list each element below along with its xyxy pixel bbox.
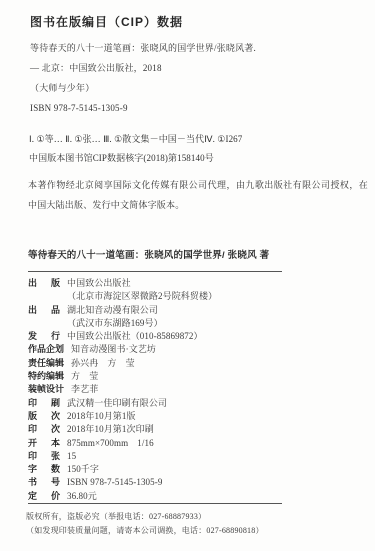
publication-info-list: 出版 中国致公出版社 （北京市海淀区翠微路2号院科贸楼） 出品 湖北知音动漫有限… <box>28 277 365 503</box>
publication-row-value: （北京市海淀区翠微路2号院科贸楼） <box>67 290 217 303</box>
publication-row: 责任编辑 孙兴冉 方 莹 <box>28 357 365 370</box>
publication-row-value: 36.80元 <box>67 490 97 503</box>
book-title-line: 等待春天的八十一道笔画：张晓风的国学世界/ 张晓风 著 <box>28 247 269 261</box>
publication-row-label: 责任编辑 <box>28 357 64 370</box>
copyright-page: 图书在版编目（CIP）数据 等待春天的八十一道笔画：张晓风的国学世界/张晓风著.… <box>0 0 375 551</box>
publication-row-label: 作品企划 <box>28 343 64 356</box>
divider-rule-bottom <box>28 503 282 504</box>
classification-line: Ⅰ. ①等… Ⅱ. ①张… Ⅲ. ①散文集－中国－当代Ⅳ. ①I267 <box>29 130 357 149</box>
publication-row: 印张 15 <box>28 450 365 463</box>
publication-row-value: （武汉市东湖路169号） <box>67 317 163 330</box>
publication-row: 作品企划 知音动漫图书·文艺坊 <box>28 343 365 356</box>
publication-row-value: 2018年10月第1次印刷 <box>67 423 154 436</box>
publication-row: （北京市海淀区翠微路2号院科贸楼） <box>28 290 365 303</box>
footer-block: 版权所有，盗版必究（举报电话：027-68887933） （如发现印装质量问题，… <box>26 510 361 537</box>
publication-row-value: 中国致公出版社（010-85869872） <box>67 330 203 343</box>
license-note: 本著作物经北京阅享国际文化传媒有限公司代理，由九歌出版社有限公司授权，在中国大陆… <box>28 176 368 215</box>
publication-row-value: 方 莹 <box>71 370 98 383</box>
publication-row-label: 印张 <box>28 450 60 463</box>
publication-row-value: ISBN 978-7-5145-1305-9 <box>67 476 162 489</box>
cip-entry-line: — 北京：中国致公出版社，2018 <box>30 58 357 78</box>
publication-row-label: 书号 <box>28 476 60 489</box>
publication-row: 出品 湖北知音动漫有限公司 <box>28 304 365 317</box>
publication-row-label: 定价 <box>28 490 60 503</box>
publication-row-label: 开本 <box>28 437 60 450</box>
publication-row-label: 版次 <box>28 410 60 423</box>
publication-row-value: 2018年10月第1版 <box>67 410 136 423</box>
publication-row: 印次 2018年10月第1次印刷 <box>28 423 365 436</box>
publication-row-value: 15 <box>67 450 76 463</box>
publication-row-label: 出版 <box>28 277 60 290</box>
publication-row: 开本 875mm×700mm 1/16 <box>28 437 365 450</box>
publication-row: 定价 36.80元 <box>28 490 365 503</box>
cip-header: 图书在版编目（CIP）数据 <box>30 13 183 30</box>
publication-row: 装帧设计 李艺菲 <box>28 383 365 396</box>
publication-row: （武汉市东湖路169号） <box>28 317 365 330</box>
publication-row: 印刷 武汉精一佳印刷有限公司 <box>28 397 365 410</box>
publication-row-value: 武汉精一佳印刷有限公司 <box>67 397 167 410</box>
cip-record-number: 中国版本图书馆CIP数据核字(2018)第158140号 <box>29 149 357 168</box>
publication-row-label: 发行 <box>28 330 60 343</box>
publication-row-value: 中国致公出版社 <box>67 277 131 290</box>
publication-row-value: 李艺菲 <box>71 383 98 396</box>
publication-row-label: 印次 <box>28 423 60 436</box>
cip-entry-line: 等待春天的八十一道笔画：张晓风的国学世界/张晓风著. <box>30 38 357 58</box>
publication-row-label: 出品 <box>28 304 60 317</box>
publication-row: 发行 中国致公出版社（010-85869872） <box>28 330 365 343</box>
quality-notice: （如发现印装质量问题，请寄本公司调换，电话：027-68890818） <box>26 524 361 538</box>
cip-entry-line: ISBN 978-7-5145-1305-9 <box>30 98 357 118</box>
publication-row-label: 特约编辑 <box>28 370 64 383</box>
publication-row: 书号 ISBN 978-7-5145-1305-9 <box>28 476 365 489</box>
publication-row: 字数 150千字 <box>28 463 365 476</box>
divider-rule-top <box>28 271 282 272</box>
publication-row-value: 湖北知音动漫有限公司 <box>67 304 158 317</box>
classification-block: Ⅰ. ①等… Ⅱ. ①张… Ⅲ. ①散文集－中国－当代Ⅳ. ①I267 中国版本… <box>29 130 357 168</box>
publication-row-value: 875mm×700mm 1/16 <box>67 437 154 450</box>
cip-entry-line: （大师与少年） <box>30 78 357 98</box>
publication-row: 特约编辑 方 莹 <box>28 370 365 383</box>
publication-row: 版次 2018年10月第1版 <box>28 410 365 423</box>
publication-row: 出版 中国致公出版社 <box>28 277 365 290</box>
publication-row-value: 150千字 <box>67 463 99 476</box>
publication-row-value: 孙兴冉 方 莹 <box>71 357 135 370</box>
publication-row-label: 字数 <box>28 463 60 476</box>
copyright-notice: 版权所有，盗版必究（举报电话：027-68887933） <box>26 510 361 524</box>
cip-entry-block: 等待春天的八十一道笔画：张晓风的国学世界/张晓风著. — 北京：中国致公出版社，… <box>30 38 357 118</box>
publication-row-label: 装帧设计 <box>28 383 64 396</box>
publication-row-label: 印刷 <box>28 397 60 410</box>
publication-row-value: 知音动漫图书·文艺坊 <box>71 343 156 356</box>
